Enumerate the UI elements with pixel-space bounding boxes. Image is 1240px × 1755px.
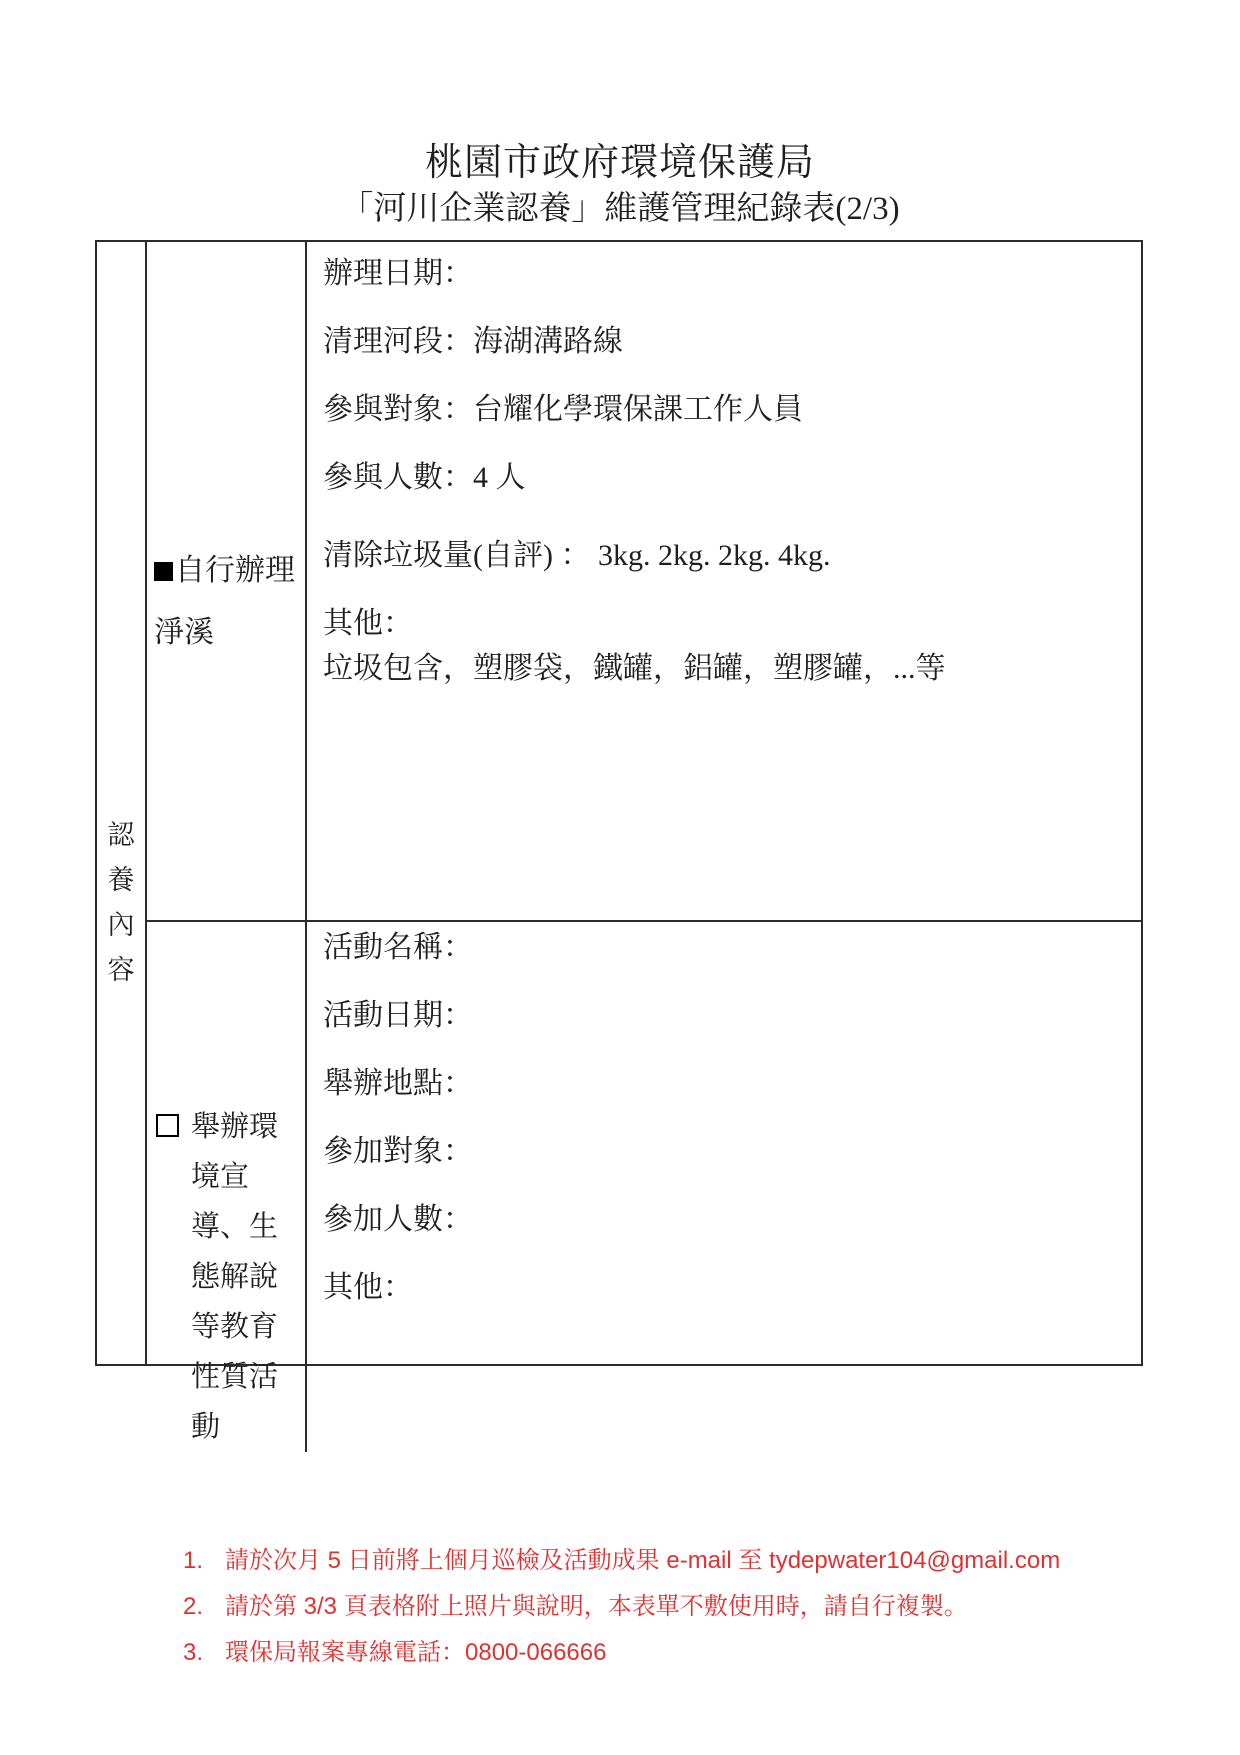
field-activity-other: 其他：	[323, 1268, 1131, 1308]
footnote-hotline-number: 環保局報案專線電話：0800-066666	[225, 1638, 1163, 1668]
field-garbage-amount: 清除垃圾量(自評) ： 3kg. 2kg. 2kg. 4kg.	[323, 536, 1131, 576]
footnote-number: 1.	[183, 1546, 225, 1576]
field-participants-count: 參與人數：4 人	[323, 458, 1131, 498]
row-header-char: 內	[108, 903, 135, 948]
page-subtitle: 「河川企業認養」維護管理紀錄表(2/3)	[0, 188, 1240, 230]
section-self-cleanup-label: 自行辦理淨溪	[154, 554, 295, 649]
row-header-char: 容	[108, 948, 135, 993]
field-activity-name: 活動名稱：	[323, 928, 1131, 968]
footnote-number: 3.	[183, 1638, 225, 1668]
footnote-item: 2. 請於第 3/3 頁表格附上照片與說明，本表單不敷使用時，請自行複製。	[183, 1592, 1163, 1622]
section-education-event-fields: 活動名稱： 活動日期： 舉辦地點： 參加對象： 參加人數： 其他：	[307, 922, 1141, 1452]
field-activity-location: 舉辦地點：	[323, 1064, 1131, 1104]
checked-checkbox-icon[interactable]	[154, 562, 173, 581]
field-handling-date: 辦理日期：	[323, 254, 1131, 294]
footnote-number: 2.	[183, 1592, 225, 1622]
section-education-event-label: 舉辦環境宣導、生態解說等教育性質活動	[191, 1102, 305, 1452]
form-body: 自行辦理淨溪 辦理日期： 清理河段：海湖溝路線 參與對象：台耀化學環保課工作人員…	[147, 242, 1141, 1364]
document-page: 桃園市政府環境保護局 「河川企業認養」維護管理紀錄表(2/3) 認 養 內 容 …	[0, 0, 1240, 1755]
footnotes-list: 1. 請於次月 5 日前將上個月巡檢及活動成果 e-mail 至 tydepwa…	[183, 1546, 1163, 1684]
footnote-item: 1. 請於次月 5 日前將上個月巡檢及活動成果 e-mail 至 tydepwa…	[183, 1546, 1163, 1576]
field-participants-group: 參與對象：台耀化學環保課工作人員	[323, 390, 1131, 430]
footnote-photo-instruction: 請於第 3/3 頁表格附上照片與說明，本表單不敷使用時，請自行複製。	[225, 1592, 1163, 1622]
row-header-cell: 認 養 內 容	[97, 242, 147, 1364]
row-header-vertical-text: 認 養 內 容	[108, 813, 135, 993]
field-other-label: 其他：	[323, 604, 1131, 644]
unchecked-checkbox-icon[interactable]	[156, 1114, 179, 1137]
field-activity-participants-group: 參加對象：	[323, 1132, 1131, 1172]
section-self-cleanup-row: 自行辦理淨溪 辦理日期： 清理河段：海湖溝路線 參與對象：台耀化學環保課工作人員…	[147, 242, 1141, 922]
section-self-cleanup-label-cell: 自行辦理淨溪	[147, 242, 307, 920]
row-header-char: 認	[108, 813, 135, 858]
footnote-item: 3. 環保局報案專線電話：0800-066666	[183, 1638, 1163, 1668]
page-title: 桃園市政府環境保護局	[0, 140, 1240, 186]
row-header-char: 養	[108, 858, 135, 903]
footnote-email-instruction: 請於次月 5 日前將上個月巡檢及活動成果 e-mail 至 tydepwater…	[225, 1546, 1163, 1576]
field-garbage-description: 垃圾包含，塑膠袋，鐵罐，鋁罐，塑膠罐，...等	[323, 649, 1131, 689]
section-education-event-label-cell: 舉辦環境宣導、生態解說等教育性質活動	[147, 922, 307, 1452]
field-activity-participants-count: 參加人數：	[323, 1200, 1131, 1240]
record-form-table: 認 養 內 容 自行辦理淨溪 辦理日期： 清理河段：海湖溝路線 參與對象：台耀化…	[95, 240, 1143, 1366]
section-education-event-row: 舉辦環境宣導、生態解說等教育性質活動 活動名稱： 活動日期： 舉辦地點： 參加對…	[147, 922, 1141, 1452]
field-activity-date: 活動日期：	[323, 996, 1131, 1036]
section-self-cleanup-fields: 辦理日期： 清理河段：海湖溝路線 參與對象：台耀化學環保課工作人員 參與人數：4…	[307, 242, 1141, 920]
field-river-section: 清理河段：海湖溝路線	[323, 322, 1131, 362]
